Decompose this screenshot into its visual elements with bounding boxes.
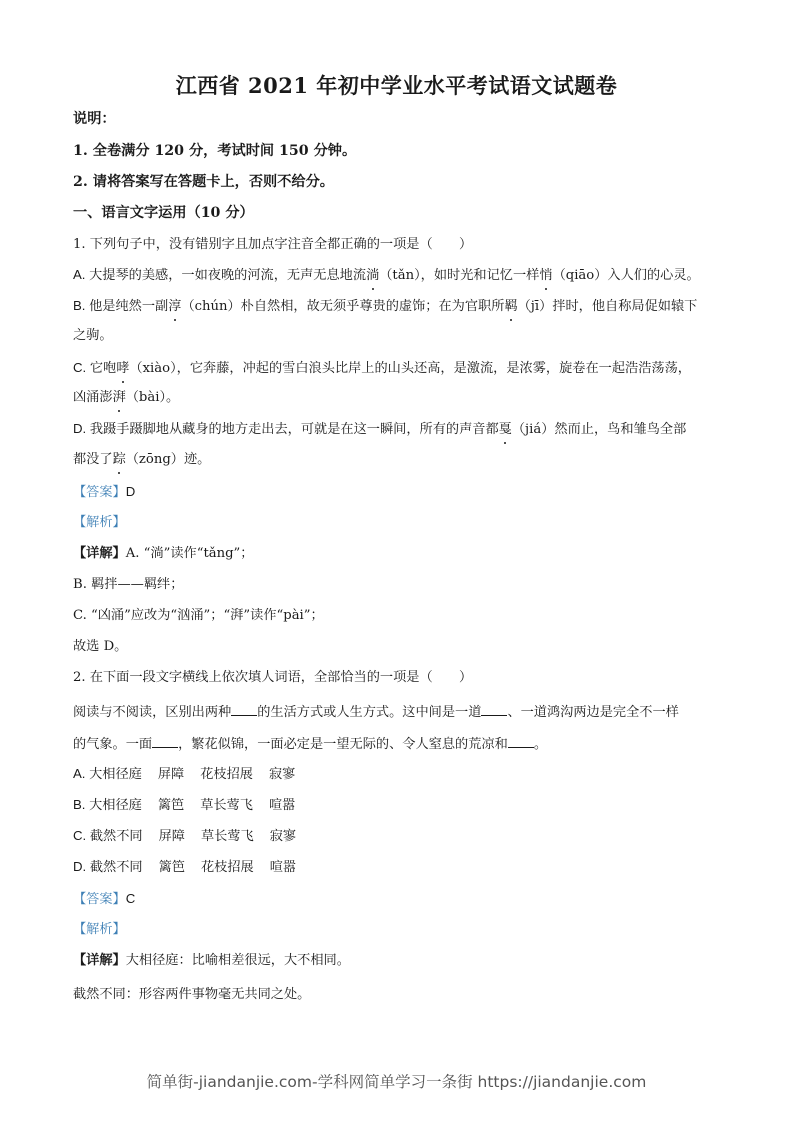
answer-label: 【答案】 — [73, 892, 126, 907]
option-word: 大相径庭 — [89, 766, 142, 784]
option-word: 截然不同 — [90, 859, 143, 877]
dotted-char: 踪 — [113, 451, 126, 469]
option-text: 它咆 — [90, 361, 116, 376]
fill-blank — [152, 735, 178, 748]
passage-text: ，繁花似锦，一面必定是一望无际的、令人窒息的荒凉和 — [178, 737, 508, 752]
detail-label: 【详解】 — [73, 953, 126, 968]
detail-line: C. “凶涌”应改为“汹涌”；“湃”读作“pài”； — [73, 607, 324, 625]
detail-label: 【详解】 — [73, 546, 126, 561]
dotted-char: 哮 — [116, 360, 129, 378]
detail-text: 大相径庭：比喻相差很远，大不相同。 — [126, 953, 350, 968]
section-heading: 一、语言文字运用（10 分） — [73, 204, 254, 222]
option-c: C. 它咆哮（xiào），它奔藤，冲起的雪白浪头比岸上的山头还高，是激流，是浓雾… — [73, 359, 691, 378]
option-d: D. 截然不同篱笆花枝招展喧嚣 — [73, 858, 312, 877]
option-word: 寂寥 — [269, 766, 295, 784]
option-text: 他是纯然一副 — [89, 299, 168, 314]
dotted-char: 淌 — [366, 267, 379, 285]
detail-line: B. 羁拌——羁绊； — [73, 576, 183, 594]
instruction-item: 1. 全卷满分 120 分，考试时间 150 分钟。 — [73, 142, 356, 160]
option-text: 大提琴的美感，一如夜晚的河流，无声无息地流 — [89, 268, 366, 283]
instructions-heading: 说明： — [73, 110, 116, 128]
option-c: C. 截然不同屏障草长莺飞寂寥 — [73, 827, 312, 846]
option-word: 寂寥 — [270, 828, 296, 846]
option-d: D. 我蹑手蹑脚地从藏身的地方走出去，可就是在这一瞬间，所有的声音都戛（jiá）… — [73, 420, 686, 439]
option-letter: B. — [73, 298, 89, 313]
detail-line: 【详解】大相径庭：比喻相差很远，大不相同。 — [73, 952, 350, 970]
answer-line: 【答案】C — [73, 890, 135, 909]
option-a: A. 大提琴的美感，一如夜晚的河流，无声无息地流淌（tǎn），如时光和记忆一样悄… — [73, 266, 700, 285]
option-b: B. 他是纯然一副淳（chún）朴自然相，故无须乎尊贵的虚饰；在为官职所羁（jī… — [73, 297, 697, 316]
option-text: （zōng）迹。 — [126, 452, 211, 467]
option-text: （bài）。 — [126, 390, 179, 405]
exam-page: 江西省 2021 年初中学业水平考试语文试题卷 说明： 1. 全卷满分 120 … — [0, 0, 793, 1122]
analysis-label: 【解析】 — [73, 921, 126, 939]
option-word: 屏障 — [158, 766, 184, 784]
option-text: （tǎn），如时光和记忆一样 — [379, 268, 539, 283]
option-word: 篱笆 — [158, 797, 184, 815]
passage-text: 阅读与不阅读，区别出两种 — [73, 705, 231, 720]
option-text: （chún）朴自然相，故无须乎尊贵的虚饰；在为官职所 — [181, 299, 504, 314]
option-word: 喧嚣 — [270, 859, 296, 877]
option-d-cont: 都没了踪（zōng）迹。 — [73, 451, 210, 469]
page-title: 江西省 2021 年初中学业水平考试语文试题卷 — [0, 70, 793, 100]
dotted-char: 湃 — [113, 389, 126, 407]
option-a: A. 大相径庭屏障花枝招展寂寥 — [73, 765, 311, 784]
fill-blank — [508, 735, 534, 748]
analysis-label: 【解析】 — [73, 514, 126, 532]
option-letter: A. — [73, 267, 89, 282]
option-text: （xiào），它奔藤，冲起的雪白浪头比岸上的山头还高，是激流，是浓雾，旋卷在一起… — [129, 361, 691, 376]
option-letter: D. — [73, 859, 90, 874]
answer-value: C — [126, 891, 136, 906]
answer-value: D — [126, 484, 136, 499]
option-word: 花枝招展 — [200, 766, 253, 784]
option-letter: B. — [73, 797, 89, 812]
option-letter: C. — [73, 828, 90, 843]
option-letter: D. — [73, 421, 90, 436]
option-word: 喧嚣 — [269, 797, 295, 815]
option-word: 篱笆 — [159, 859, 185, 877]
passage-line: 阅读与不阅读，区别出两种的生活方式或人生方式。这中间是一道、一道鸿沟两边是完全不… — [73, 703, 679, 722]
footer-watermark: 简单街-jiandanjie.com-学科网简单学习一条街 https://ji… — [0, 1070, 793, 1092]
answer-label: 【答案】 — [73, 485, 126, 500]
option-letter: A. — [73, 766, 89, 781]
detail-line: 故选 D。 — [73, 638, 127, 656]
option-text: （jī）拌时，他自称局促如辕下 — [518, 299, 698, 314]
dotted-char: 淳 — [168, 298, 181, 316]
option-text: 我蹑手蹑脚地从藏身的地方走出去，可就是在这一瞬间，所有的声音都 — [90, 422, 499, 437]
passage-text: 、一道鸿沟两边是完全不一样 — [507, 705, 678, 720]
option-letter: C. — [73, 360, 90, 375]
dotted-char: 悄 — [539, 267, 552, 285]
answer-line: 【答案】D — [73, 483, 135, 502]
fill-blank — [231, 703, 257, 716]
dotted-char: 羁 — [504, 298, 517, 316]
option-text: 凶涌澎 — [73, 390, 113, 405]
passage-line: 的气象。一面，繁花似锦，一面必定是一望无际的、令人窒息的荒凉和。 — [73, 735, 547, 754]
option-c-cont: 凶涌澎湃（bài）。 — [73, 389, 179, 407]
option-b: B. 大相径庭篱笆草长莺飞喧嚣 — [73, 796, 311, 815]
option-text: （jiá）然而止，鸟和雏鸟全部 — [512, 422, 686, 437]
fill-blank — [481, 703, 507, 716]
option-text: （qiāo）入人们的心灵。 — [553, 268, 700, 283]
passage-text: 。 — [534, 737, 547, 752]
option-b-cont: 之驹。 — [73, 327, 113, 345]
option-word: 截然不同 — [90, 828, 143, 846]
instruction-item: 2. 请将答案写在答题卡上，否则不给分。 — [73, 173, 334, 191]
dotted-char: 戛 — [499, 421, 512, 439]
option-word: 大相径庭 — [89, 797, 142, 815]
passage-text: 的生活方式或人生方式。这中间是一道 — [257, 705, 481, 720]
option-word: 草长莺飞 — [200, 797, 253, 815]
option-word: 屏障 — [159, 828, 185, 846]
detail-text: A. “淌”读作“tǎng”； — [126, 546, 254, 561]
passage-text: 的气象。一面 — [73, 737, 152, 752]
option-text: 都没了 — [73, 452, 113, 467]
option-word: 花枝招展 — [201, 859, 254, 877]
question-stem: 1. 下列句子中，没有错别字且加点字注音全都正确的一项是（ ） — [73, 236, 472, 254]
detail-line: 【详解】A. “淌”读作“tǎng”； — [73, 545, 253, 563]
option-word: 草长莺飞 — [201, 828, 254, 846]
question-stem: 2. 在下面一段文字横线上依次填人词语，全部恰当的一项是（ ） — [73, 669, 472, 687]
detail-line: 截然不同：形容两件事物毫无共同之处。 — [73, 986, 310, 1004]
